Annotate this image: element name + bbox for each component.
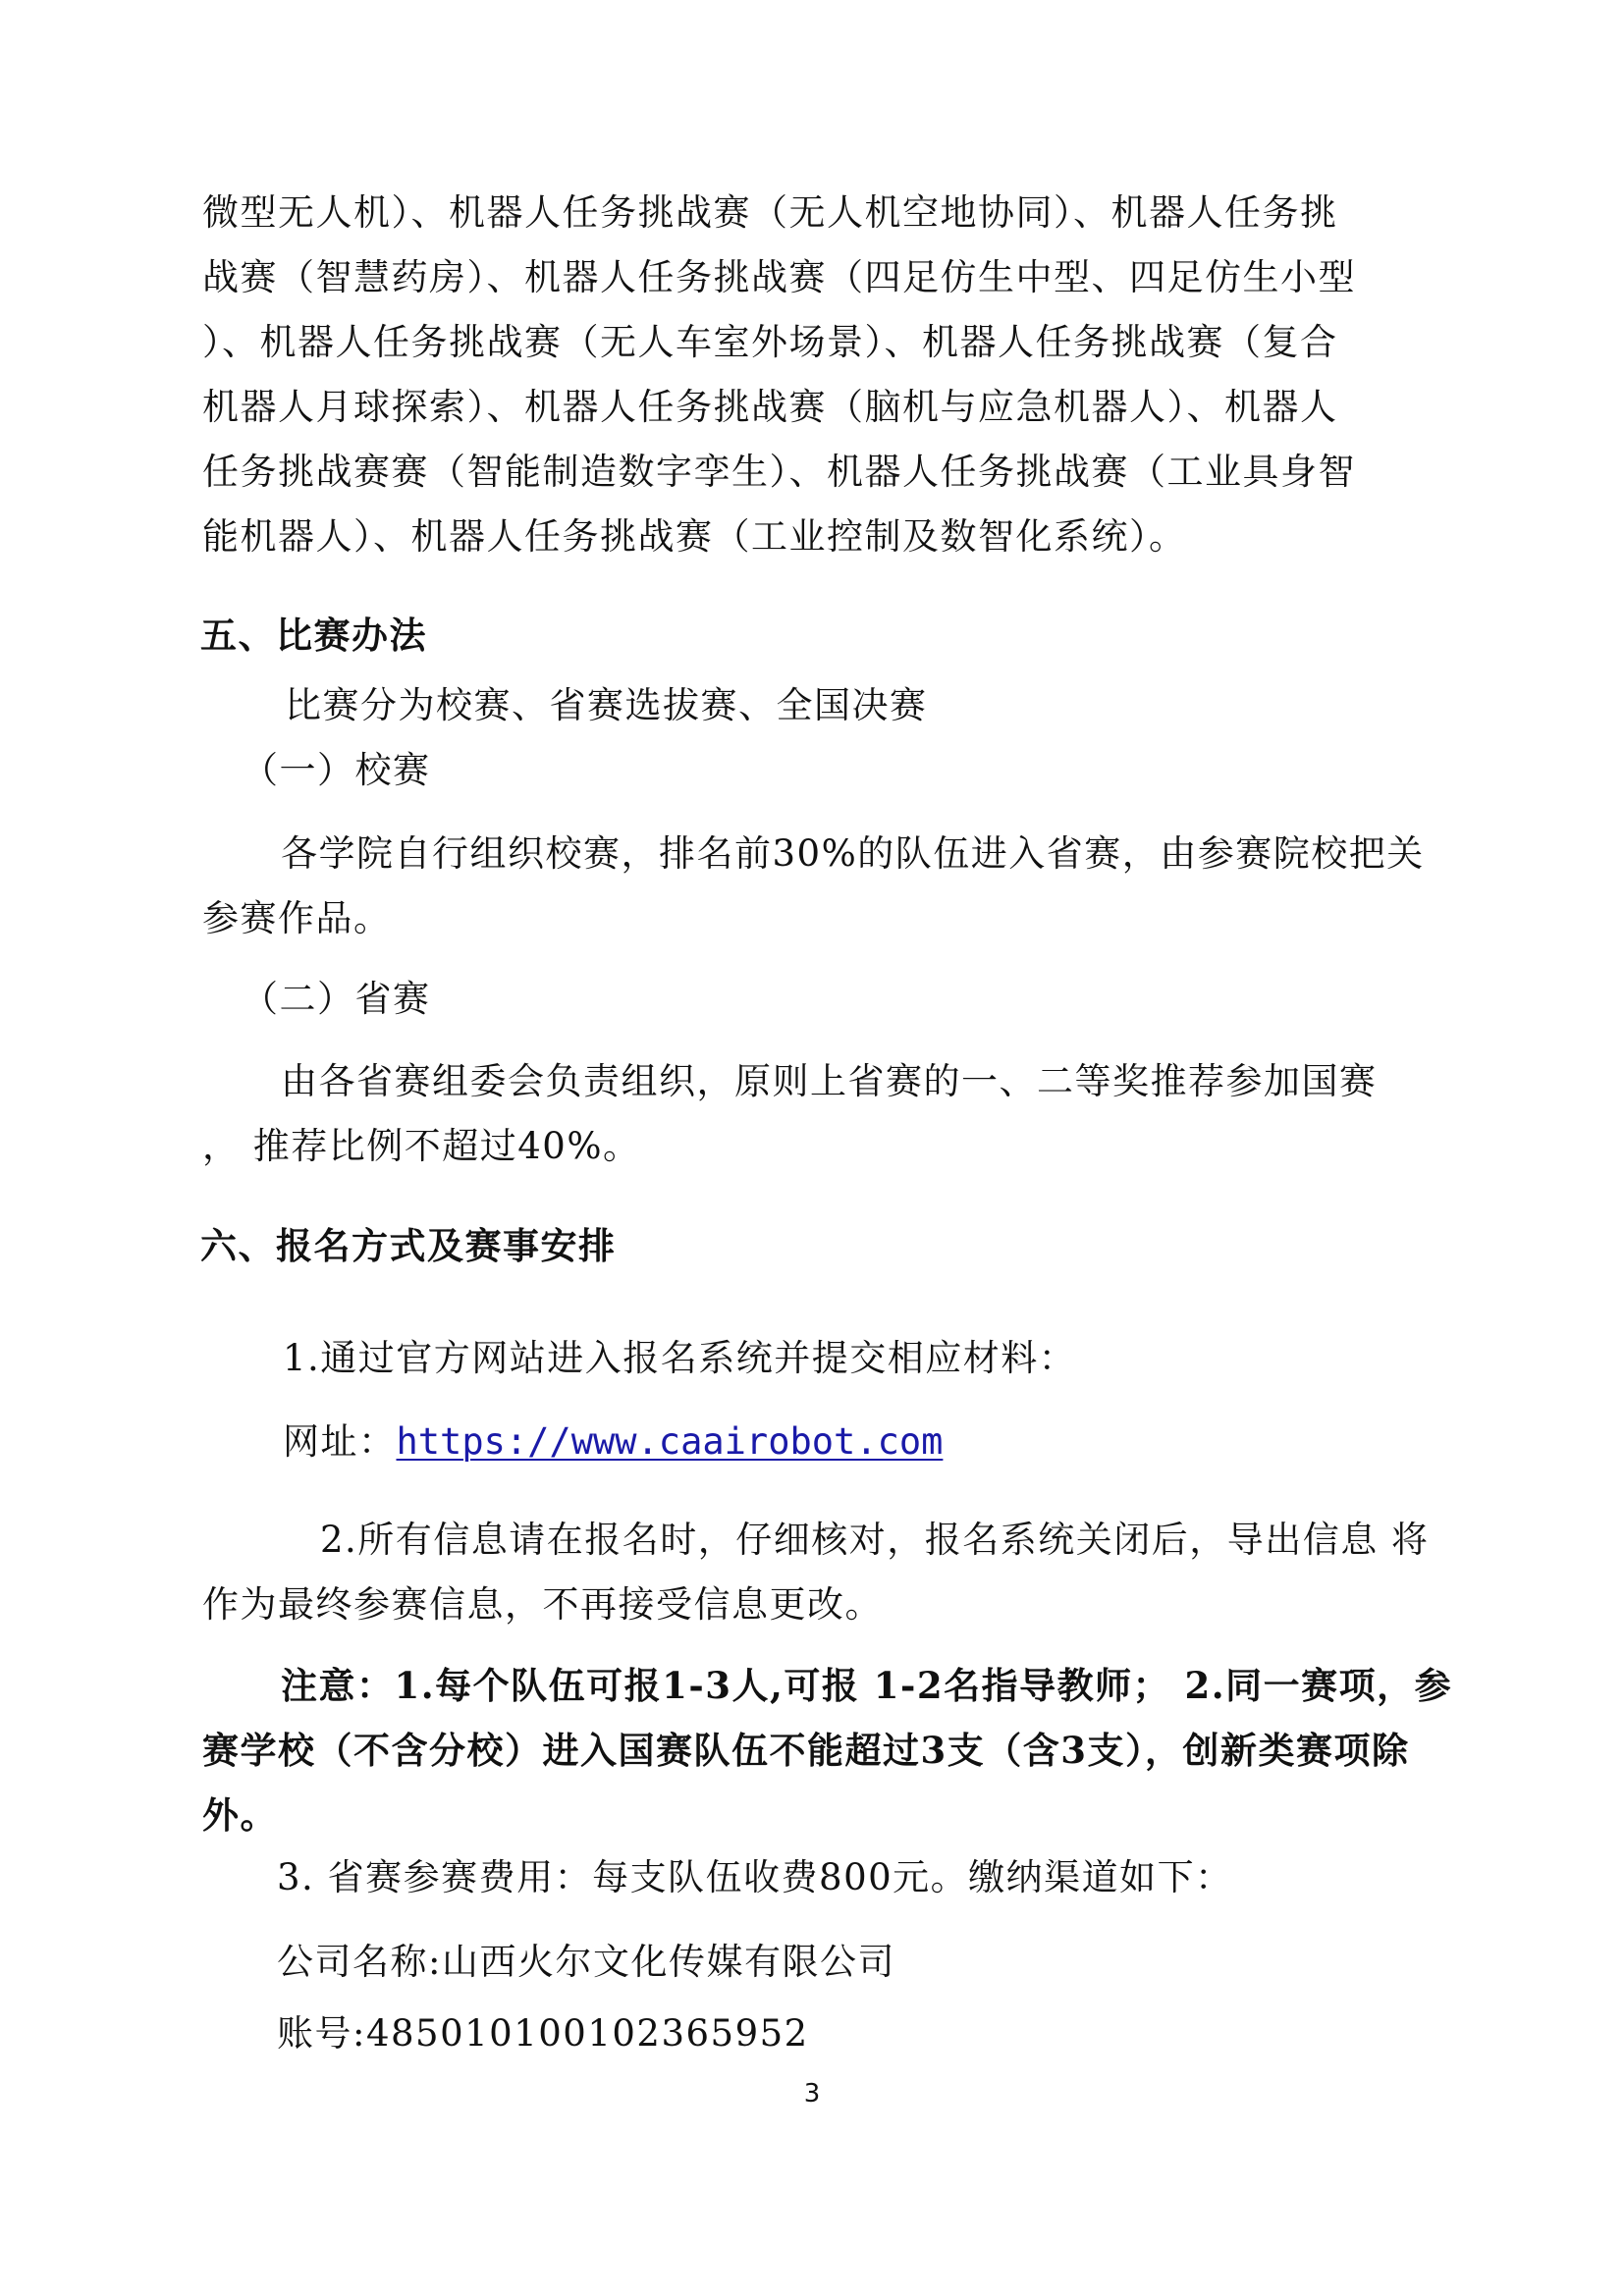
url-line: 网址：https://www.caairobot.com: [283, 1420, 943, 1464]
notice-line: 注意：1.每个队伍可报1-3人,可报 1-2名指导教师； 2.同一赛项，参: [281, 1664, 1452, 1707]
account-number: 账号:485010100102365952: [277, 2012, 809, 2056]
company-name: 公司名称:山西火尔文化传媒有限公司: [277, 1941, 895, 1984]
paragraph-line: 2.所有信息请在报名时，仔细核对，报名系统关闭后，导出信息 将: [320, 1519, 1430, 1562]
paragraph-line: ）、机器人任务挑战赛（无人车室外场景）、机器人任务挑战赛（复合: [202, 321, 1338, 364]
paragraph-line: 1.通过官方网站进入报名系统并提交相应材料：: [283, 1337, 1076, 1380]
paragraph-line: 由各省赛组委会负责组织，原则上省赛的一、二等奖推荐参加国赛: [281, 1060, 1378, 1103]
paragraph-line: ， 推荐比例不超过40%。: [202, 1125, 641, 1168]
paragraph-line: 机器人月球探索）、机器人任务挑战赛（脑机与应急机器人）、机器人: [202, 386, 1338, 429]
subsection-heading: （一）校赛: [242, 749, 431, 792]
subsection-heading: （二）省赛: [242, 978, 431, 1021]
page-number: 3: [0, 2079, 1624, 2109]
paragraph-line: 比赛分为校赛、省赛选拔赛、全国决赛: [285, 684, 928, 727]
paragraph-line: 能机器人）、机器人任务挑战赛（工业控制及数智化系统）。: [202, 515, 1187, 559]
website-link[interactable]: https://www.caairobot.com: [397, 1420, 944, 1463]
notice-line: 赛学校（不含分校）进入国赛队伍不能超过3支（含3支），创新类赛项除: [202, 1729, 1410, 1772]
paragraph-line: 微型无人机）、机器人任务挑战赛（无人机空地协同）、机器人任务挑: [202, 191, 1338, 235]
paragraph-line: 作为最终参赛信息，不再接受信息更改。: [202, 1583, 883, 1627]
notice-line: 外。: [202, 1793, 278, 1837]
section-heading: 五、比赛办法: [200, 614, 427, 657]
paragraph-line: 3. 省赛参赛费用：每支队伍收费800元。缴纳渠道如下：: [277, 1856, 1233, 1899]
paragraph-line: 各学院自行组织校赛，排名前30%的队伍进入省赛，由参赛院校把关: [281, 832, 1425, 876]
paragraph-line: 任务挑战赛赛（智能制造数字孪生）、机器人任务挑战赛（工业具身智: [202, 451, 1356, 494]
paragraph-line: 战赛（智慧药房）、机器人任务挑战赛（四足仿生中型、四足仿生小型: [202, 256, 1356, 299]
url-label: 网址：: [283, 1420, 397, 1463]
paragraph-line: 参赛作品。: [202, 897, 392, 940]
section-heading: 六、报名方式及赛事安排: [200, 1224, 617, 1267]
